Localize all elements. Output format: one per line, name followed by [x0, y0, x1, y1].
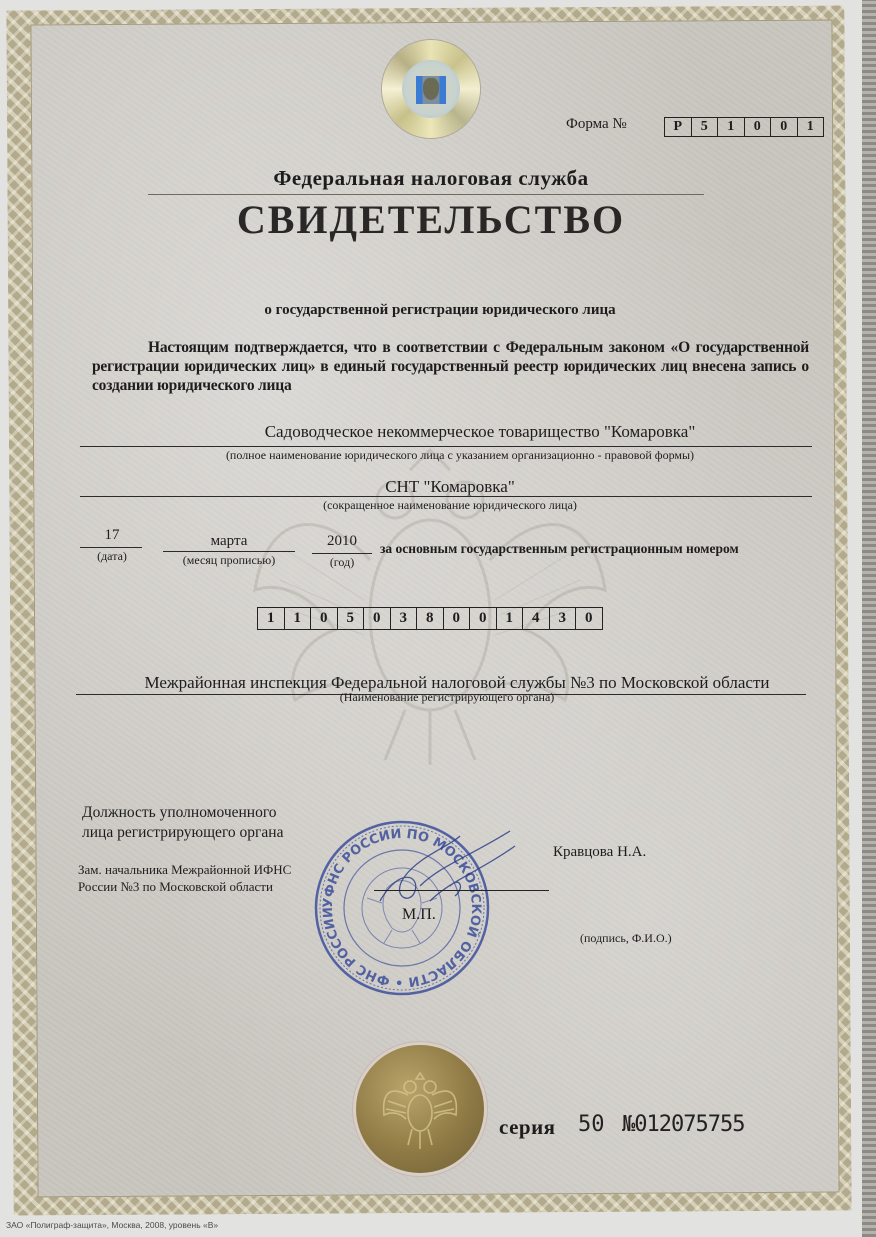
date-month-caption: (месяц прописью) [163, 553, 295, 568]
ogrn-digit: 3 [391, 608, 418, 629]
form-label: Форма № [566, 116, 627, 133]
date-day-caption: (дата) [80, 549, 144, 564]
divider [148, 194, 704, 195]
certificate: Форма № Р 5 1 0 0 1 Федеральная налогова… [0, 0, 876, 1237]
date-day: 17 [80, 527, 144, 544]
form-code-cell: 1 [798, 118, 824, 136]
ogrn-digit: 0 [470, 608, 497, 629]
ogrn-number: 1 1 0 5 0 3 8 0 0 1 4 3 0 [257, 607, 603, 630]
series-value: 50 [578, 1112, 605, 1137]
printer-imprint: ЗАО «Полиграф-защита», Москва, 2008, уро… [6, 1220, 218, 1230]
full-name-caption: (полное наименование юридического лица с… [80, 448, 840, 463]
form-code-cell: 5 [692, 118, 719, 136]
official-position-line: России №3 по Московской области [78, 878, 291, 895]
position-title-line: Должность уполномоченного [82, 803, 283, 823]
short-name-value: СНТ "Комаровка" [80, 477, 820, 497]
position-title-line: лица регистрирующего органа [82, 823, 283, 843]
signature-icon [360, 826, 520, 916]
form-code-cell: Р [665, 118, 692, 136]
short-name-line [80, 496, 812, 497]
signer-name: Кравцова Н.А. [553, 844, 646, 861]
ogrn-digit: 1 [285, 608, 312, 629]
official-position: Зам. начальника Межрайонной ИФНС России … [78, 861, 291, 895]
certification-paragraph: Настоящим подтверждается, что в соответс… [92, 338, 809, 395]
ogrn-digit: 0 [576, 608, 602, 629]
date-year: 2010 [312, 533, 372, 550]
date-year-line [312, 553, 372, 554]
document-title: СВИДЕТЕЛЬСТВО [0, 196, 862, 243]
form-code-cell: 0 [771, 118, 798, 136]
date-month: марта [163, 533, 295, 550]
ogrn-digit: 1 [258, 608, 285, 629]
stamp-place-label: М.П. [402, 906, 436, 924]
ogrn-digit: 0 [311, 608, 338, 629]
ogrn-digit: 3 [550, 608, 577, 629]
ogrn-digit: 5 [338, 608, 365, 629]
registering-body-caption: (Наименование регистрирующего органа) [76, 690, 818, 705]
ogrn-lead-text: за основным государственным регистрацион… [380, 541, 739, 557]
date-year-caption: (год) [312, 555, 372, 570]
form-code-cell: 1 [718, 118, 745, 136]
ogrn-digit: 0 [444, 608, 471, 629]
serial-number: №012075755 [622, 1112, 744, 1137]
ogrn-digit: 0 [364, 608, 391, 629]
full-name-line [80, 446, 812, 447]
agency-name: Федеральная налоговая служба [0, 166, 862, 191]
document-subtitle: о государственной регистрации юридическо… [0, 302, 876, 319]
form-code: Р 5 1 0 0 1 [664, 117, 824, 137]
position-title: Должность уполномоченного лица регистрир… [82, 803, 283, 843]
series-label: серия [499, 1115, 556, 1140]
ogrn-digit: 1 [497, 608, 524, 629]
signature-caption: (подпись, Ф.И.О.) [580, 931, 672, 946]
date-month-line [163, 551, 295, 552]
short-name-caption: (сокращенное наименование юридического л… [80, 498, 820, 513]
signature-line [374, 890, 549, 891]
ogrn-digit: 8 [417, 608, 444, 629]
gold-emblem-seal-icon [356, 1045, 484, 1173]
form-code-cell: 0 [745, 118, 772, 136]
date-day-line [80, 547, 142, 548]
hologram-emblem-icon [382, 40, 480, 138]
ogrn-digit: 4 [523, 608, 550, 629]
official-position-line: Зам. начальника Межрайонной ИФНС [78, 861, 291, 878]
full-name-value: Садоводческое некоммерческое товариществ… [80, 422, 876, 442]
